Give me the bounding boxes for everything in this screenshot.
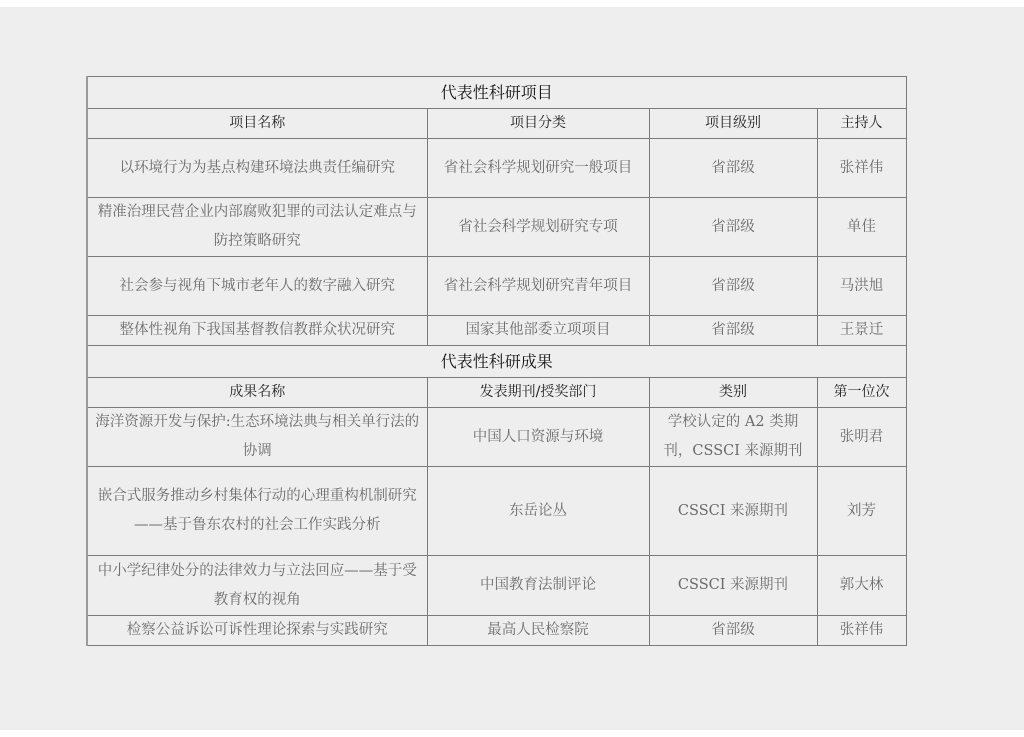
achievements-section-title: 代表性科研成果 [87, 346, 906, 378]
project-name: 精准治理民营企业内部腐败犯罪的司法认定难点与防控策略研究 [87, 198, 427, 257]
project-level: 省部级 [649, 139, 817, 198]
project-host: 马洪旭 [817, 257, 906, 316]
achievement-name: 检察公益诉讼可诉性理论探索与实践研究 [87, 616, 427, 646]
achievements-header-row: 成果名称 发表期刊/授奖部门 类别 第一位次 [87, 378, 906, 408]
achievement-row: 中小学纪律处分的法律效力与立法回应——基于受教育权的视角 中国教育法制评论 CS… [87, 556, 906, 616]
achievement-first-author: 郭大林 [817, 556, 906, 616]
achievement-journal: 中国人口资源与环境 [427, 408, 649, 467]
bottom-margin-strip [0, 730, 1024, 737]
header-achievement-name: 成果名称 [87, 378, 427, 408]
header-project-name: 项目名称 [87, 109, 427, 139]
achievement-journal: 东岳论丛 [427, 467, 649, 556]
achievement-row: 检察公益诉讼可诉性理论探索与实践研究 最高人民检察院 省部级 张祥伟 [87, 616, 906, 646]
achievements-section-title-row: 代表性科研成果 [87, 346, 906, 378]
project-host: 张祥伟 [817, 139, 906, 198]
achievement-name: 嵌合式服务推动乡村集体行动的心理重构机制研究——基于鲁东农村的社会工作实践分析 [87, 467, 427, 556]
achievement-first-author: 刘芳 [817, 467, 906, 556]
header-project-category: 项目分类 [427, 109, 649, 139]
project-row: 精准治理民营企业内部腐败犯罪的司法认定难点与防控策略研究 省社会科学规划研究专项… [87, 198, 906, 257]
achievement-type: CSSCI 来源期刊 [649, 556, 817, 616]
achievement-type: 省部级 [649, 616, 817, 646]
project-name: 社会参与视角下城市老年人的数字融入研究 [87, 257, 427, 316]
header-achievement-type: 类别 [649, 378, 817, 408]
header-project-host: 主持人 [817, 109, 906, 139]
project-name: 以环境行为为基点构建环境法典责任编研究 [87, 139, 427, 198]
header-project-level: 项目级别 [649, 109, 817, 139]
achievement-type: CSSCI 来源期刊 [649, 467, 817, 556]
achievement-row: 海洋资源开发与保护:生态环境法典与相关单行法的协调 中国人口资源与环境 学校认定… [87, 408, 906, 467]
project-category: 省社会科学规划研究专项 [427, 198, 649, 257]
project-row: 社会参与视角下城市老年人的数字融入研究 省社会科学规划研究青年项目 省部级 马洪… [87, 257, 906, 316]
header-achievement-first-author: 第一位次 [817, 378, 906, 408]
achievement-name: 海洋资源开发与保护:生态环境法典与相关单行法的协调 [87, 408, 427, 467]
projects-section-title: 代表性科研项目 [87, 77, 906, 109]
achievement-name: 中小学纪律处分的法律效力与立法回应——基于受教育权的视角 [87, 556, 427, 616]
achievement-journal: 中国教育法制评论 [427, 556, 649, 616]
header-achievement-journal: 发表期刊/授奖部门 [427, 378, 649, 408]
project-category: 国家其他部委立项项目 [427, 316, 649, 346]
project-level: 省部级 [649, 316, 817, 346]
projects-header-row: 项目名称 项目分类 项目级别 主持人 [87, 109, 906, 139]
project-row: 整体性视角下我国基督教信教群众状况研究 国家其他部委立项项目 省部级 王景迁 [87, 316, 906, 346]
project-row: 以环境行为为基点构建环境法典责任编研究 省社会科学规划研究一般项目 省部级 张祥… [87, 139, 906, 198]
project-level: 省部级 [649, 198, 817, 257]
project-category: 省社会科学规划研究青年项目 [427, 257, 649, 316]
achievement-first-author: 张明君 [817, 408, 906, 467]
project-category: 省社会科学规划研究一般项目 [427, 139, 649, 198]
achievement-type: 学校认定的 A2 类期刊，CSSCI 来源期刊 [649, 408, 817, 467]
achievement-journal: 最高人民检察院 [427, 616, 649, 646]
project-host: 单佳 [817, 198, 906, 257]
achievement-first-author: 张祥伟 [817, 616, 906, 646]
achievement-row: 嵌合式服务推动乡村集体行动的心理重构机制研究——基于鲁东农村的社会工作实践分析 … [87, 467, 906, 556]
project-host: 王景迁 [817, 316, 906, 346]
projects-section-title-row: 代表性科研项目 [87, 77, 906, 109]
project-name: 整体性视角下我国基督教信教群众状况研究 [87, 316, 427, 346]
research-table: 代表性科研项目 项目名称 项目分类 项目级别 主持人 以环境行为为基点构建环境法… [86, 76, 907, 646]
top-margin-strip [0, 0, 1024, 7]
project-level: 省部级 [649, 257, 817, 316]
